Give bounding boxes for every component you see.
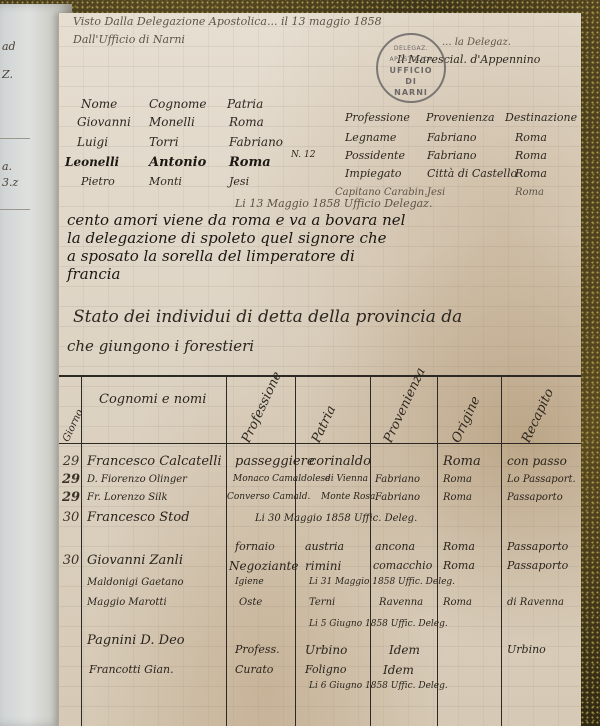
modern-note-line-3: a sposato la sorella del limperatore di bbox=[67, 247, 355, 265]
cell-patria: Jesi bbox=[229, 175, 249, 188]
cell-name: Francesco Stod bbox=[87, 510, 190, 525]
modern-note-line-4: francia bbox=[67, 265, 120, 283]
cell-patria: rimini bbox=[305, 559, 341, 573]
cell-name: Fr. Lorenzo Silk bbox=[87, 492, 168, 503]
cell-recapito: di Ravenna bbox=[507, 597, 564, 608]
cell-recapito: Passaporto bbox=[507, 559, 568, 572]
top-date-line: Li 13 Maggio 1858 Ufficio Delegaz. bbox=[235, 197, 432, 210]
left-page-fragment: 3.z bbox=[2, 176, 18, 189]
cell-nome: Luigi bbox=[77, 135, 108, 149]
top-header-destinazione: Destinazione bbox=[505, 111, 577, 124]
cell-profession: Profess. bbox=[235, 643, 280, 656]
stamp-line-1: UFFICIO bbox=[378, 65, 444, 76]
section-title-line-2: che giungono i forestieri bbox=[67, 337, 254, 355]
cell-nome: Giovanni bbox=[77, 115, 131, 129]
cell-origine: Roma bbox=[443, 454, 481, 469]
cell-name: Francotti Gian. bbox=[89, 663, 174, 676]
cell-patria: austria bbox=[305, 540, 344, 553]
left-page-rule bbox=[0, 138, 30, 139]
top-header-nome: Nome bbox=[81, 97, 117, 111]
cell-cognome: Monelli bbox=[149, 115, 195, 129]
cell-profession: Negoziante bbox=[229, 559, 298, 573]
date-note: Li 30 Maggio 1858 Uffic. Deleg. bbox=[255, 513, 417, 524]
cell-origine: Roma bbox=[443, 540, 475, 553]
stamp-line-2: DI bbox=[378, 76, 444, 87]
left-page-fragment: Z. bbox=[2, 68, 13, 81]
cell-cognome: Monti bbox=[149, 175, 182, 188]
cell-recapito: Passaporto bbox=[507, 492, 563, 503]
modern-note-line-2: la delegazione di spoleto quel signore c… bbox=[67, 229, 387, 247]
cell-day: 29 bbox=[59, 490, 83, 505]
header-line-2: Dall'Ufficio di Narni bbox=[73, 33, 185, 46]
table-top-rule bbox=[59, 375, 581, 377]
top-header-cognome: Cognome bbox=[149, 97, 207, 111]
cell-origine: Roma bbox=[443, 492, 472, 503]
cell-patria: Fabriano bbox=[229, 135, 283, 149]
cell-profession: Converso Camald. bbox=[227, 492, 310, 502]
cell-patria: Roma bbox=[229, 155, 271, 170]
column-divider bbox=[295, 375, 296, 726]
header-provenienza: Provenienza bbox=[381, 366, 429, 446]
header-patria: Patria bbox=[309, 403, 339, 445]
cell-recapito: con passo bbox=[507, 454, 567, 468]
top-header-professione: Professione bbox=[345, 111, 410, 124]
cell-professione: Possidente bbox=[345, 149, 405, 162]
cell-profession: Igiene bbox=[235, 577, 264, 587]
cell-origine: Roma bbox=[443, 597, 472, 608]
column-divider bbox=[81, 375, 82, 726]
cell-patria: Foligno bbox=[305, 663, 346, 676]
cell-profession: Oste bbox=[239, 597, 262, 608]
cell-profession: fornaio bbox=[235, 540, 275, 553]
date-note: Li 31 Maggio 1858 Uffic. Deleg. bbox=[309, 577, 455, 587]
cell-profession: Curato bbox=[235, 663, 273, 676]
header-cognomi-e-nomi: Cognomi e nomi bbox=[99, 389, 209, 411]
column-divider bbox=[501, 375, 502, 726]
cell-provenienza: ancona bbox=[375, 540, 415, 553]
cell-destinazione: Roma bbox=[515, 149, 547, 162]
top-header-patria: Patria bbox=[227, 97, 263, 111]
date-note: Li 5 Giugno 1858 Uffic. Deleg. bbox=[309, 619, 448, 629]
cell-day: 30 bbox=[59, 510, 83, 525]
register-page: Visto Dalla Delegazione Apostolica... il… bbox=[58, 13, 581, 726]
cell-patria: di Vienna bbox=[325, 474, 368, 484]
cell-nome: Leonelli bbox=[65, 155, 119, 169]
cell-patria: corinaldo bbox=[309, 454, 371, 469]
cell-provenienza: Fabriano bbox=[375, 492, 420, 503]
header-professione: Professione bbox=[239, 369, 285, 445]
cell-provenienza: Fabriano bbox=[427, 149, 477, 162]
cell-profession: passeggiere bbox=[235, 454, 315, 469]
cell-name: Maggio Marotti bbox=[87, 597, 167, 608]
cell-origine: Roma bbox=[443, 559, 475, 572]
cell-recapito: Urbino bbox=[507, 643, 546, 656]
cell-destinazione: Roma bbox=[515, 167, 547, 180]
cell-origine: Roma bbox=[443, 474, 472, 485]
column-divider bbox=[370, 375, 371, 726]
cell-recapito: Passaporto bbox=[507, 540, 568, 553]
cell-cognome: Antonio bbox=[149, 155, 206, 170]
cell-profession: Monaco Camaldolese bbox=[233, 474, 330, 484]
column-divider bbox=[226, 375, 227, 726]
cell-professione: Impiegato bbox=[345, 167, 402, 180]
cell-destinazione: Roma bbox=[515, 131, 547, 144]
cell-day: 29 bbox=[59, 472, 83, 487]
left-page-rule bbox=[0, 209, 30, 210]
cell-name: D. Fiorenzo Olinger bbox=[87, 474, 187, 485]
top-header-provenienza: Provenienza bbox=[426, 111, 495, 124]
left-page-fragment: ad bbox=[2, 40, 16, 53]
narni-office-stamp: DELEGAZ. APOSTOLICA UFFICIO DI NARNI bbox=[376, 33, 446, 103]
cell-name: Maldonigi Gaetano bbox=[87, 577, 184, 588]
cell-cognome: Torri bbox=[149, 135, 179, 149]
note-number: N. 12 bbox=[291, 150, 315, 160]
cell-professione: Legname bbox=[345, 131, 396, 144]
cell-recapito: Lo Passaport. bbox=[507, 474, 576, 485]
cell-provenienza: Fabriano bbox=[375, 474, 420, 485]
cell-provenienza: Città di Castello bbox=[427, 167, 517, 180]
cell-patria: Terni bbox=[309, 597, 335, 608]
header-right-1: ... la Delegaz. bbox=[442, 37, 511, 48]
cell-destinazione: Roma bbox=[515, 187, 544, 198]
cell-name: Francesco Calcatelli bbox=[87, 454, 222, 469]
cell-provenienza: Fabriano bbox=[427, 131, 477, 144]
header-origine: Origine bbox=[449, 394, 484, 445]
cell-provenienza: Ravenna bbox=[379, 597, 423, 608]
cell-provenienza: comacchio bbox=[373, 559, 432, 572]
section-title-line-1: Stato dei individui di detta della provi… bbox=[73, 307, 462, 327]
cell-provenienza: Idem bbox=[389, 643, 420, 657]
header-recapito: Recapito bbox=[519, 386, 557, 445]
cell-day: 30 bbox=[59, 553, 83, 568]
modern-note-line-1: cento amori viene da roma e va a bovara … bbox=[67, 211, 405, 229]
cell-name: Pagnini D. Deo bbox=[87, 633, 185, 648]
stamp-line-3: NARNI bbox=[378, 87, 444, 98]
cell-day: 29 bbox=[59, 454, 83, 469]
footer-date-note: Li 6 Giugno 1858 Uffic. Deleg. bbox=[309, 681, 448, 691]
cell-name: Giovanni Zanli bbox=[87, 553, 183, 568]
cell-nome: Pietro bbox=[81, 175, 115, 188]
cell-provenienza: Idem bbox=[383, 663, 414, 677]
column-divider bbox=[437, 375, 438, 726]
cell-patria: Urbino bbox=[305, 643, 347, 657]
cell-patria: Roma bbox=[229, 115, 264, 129]
header-line-1: Visto Dalla Delegazione Apostolica... il… bbox=[73, 15, 382, 28]
stamp-ring-text: DELEGAZ. APOSTOLICA bbox=[378, 43, 444, 65]
left-page-fragment: a. bbox=[2, 160, 12, 173]
cell-patria: Monte Rosa bbox=[321, 492, 375, 502]
